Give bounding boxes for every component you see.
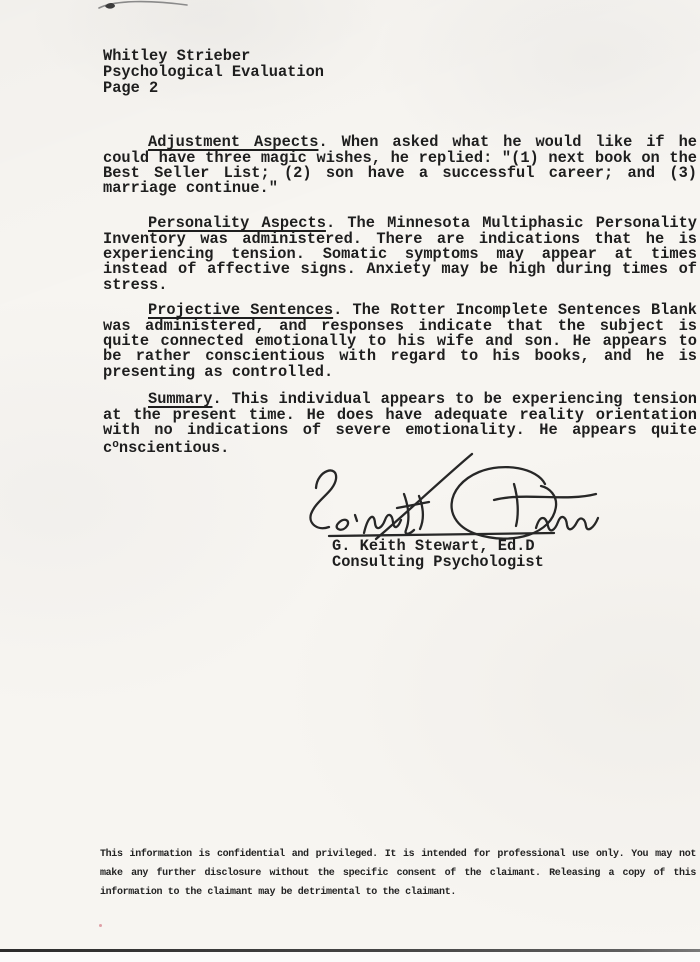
header-line-page: Page 2 — [103, 80, 697, 96]
handwritten-signature — [298, 446, 603, 544]
scan-red-dot-artifact — [99, 924, 102, 927]
paragraph-projective-sentences: Projective Sentences. The Rotter Incompl… — [103, 303, 697, 379]
superscript-o-typo: o — [112, 439, 119, 451]
header-line-title: Psychological Evaluation — [103, 64, 697, 80]
signoff-name: G. Keith Stewart, Ed.D — [332, 538, 544, 554]
signoff-title: Consulting Psychologist — [332, 554, 544, 570]
scan-pen-mark — [95, 0, 195, 12]
signature-block: G. Keith Stewart, Ed.D Consulting Psycho… — [332, 538, 544, 570]
scanned-document-page: Whitley Strieber Psychological Evaluatio… — [0, 0, 700, 962]
document-header: Whitley Strieber Psychological Evaluatio… — [103, 48, 697, 96]
paragraph-body: nscientious. — [119, 439, 230, 457]
scan-below-edge — [0, 952, 700, 962]
paragraph-personality-aspects: Personality Aspects. The Minnesota Multi… — [103, 216, 697, 292]
header-line-name: Whitley Strieber — [103, 48, 697, 64]
confidentiality-disclaimer: This information is confidential and pri… — [100, 845, 696, 902]
paragraph-adjustment-aspects: Adjustment Aspects. When asked what he w… — [103, 135, 697, 196]
